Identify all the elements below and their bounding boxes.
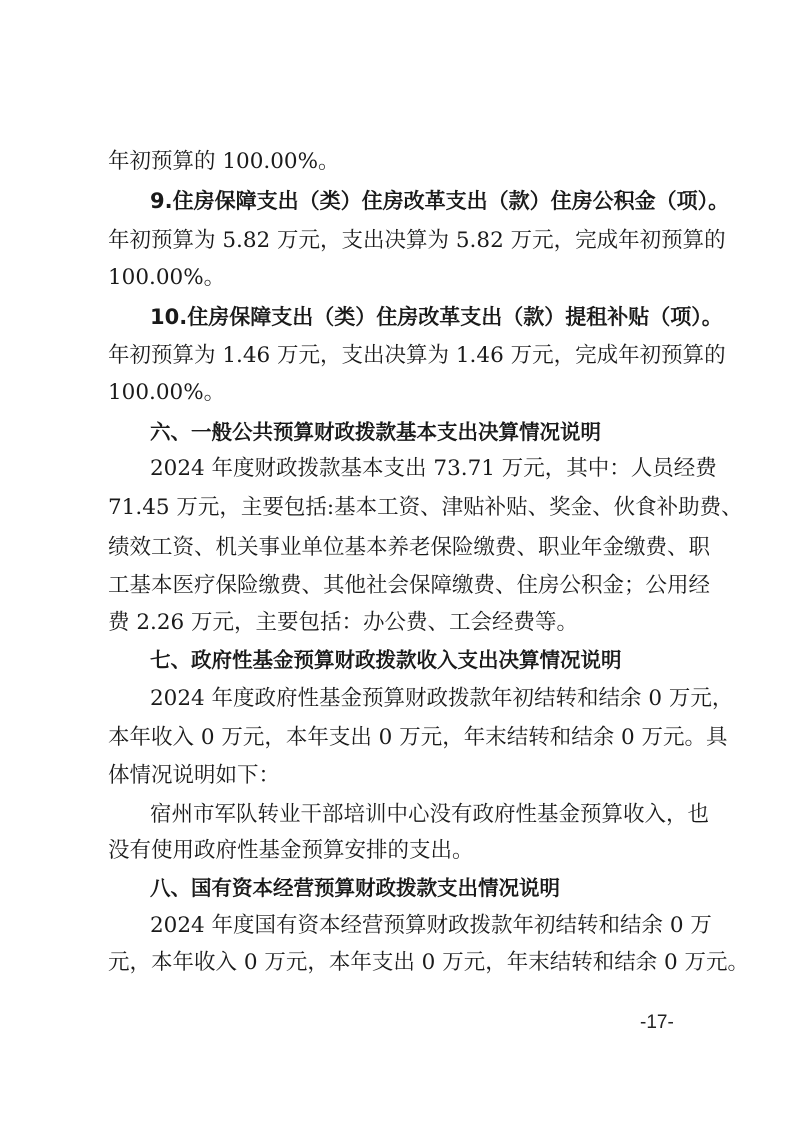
page-number: -17- bbox=[640, 1012, 674, 1034]
body-text-line: 体情况说明如下： bbox=[108, 764, 692, 788]
body-text-line: 绩效工资、机关事业单位基本养老保险缴费、职业年金缴费、职 bbox=[108, 536, 692, 560]
body-text-line: 工基本医疗保险缴费、其他社会保障缴费、住房公积金；公用经 bbox=[108, 574, 692, 598]
body-text-line: 100.00%。 bbox=[108, 381, 692, 405]
body-text-line: 2024 年度国有资本经营预算财政拨款年初结转和结余 0 万 bbox=[150, 914, 692, 938]
body-text-line: 没有使用政府性基金预算安排的支出。 bbox=[108, 839, 692, 863]
body-text-line: 年初预算为 1.46 万元，支出决算为 1.46 万元，完成年初预算的 bbox=[108, 344, 692, 368]
body-text-line: 本年收入 0 万元，本年支出 0 万元，年末结转和结余 0 万元。具 bbox=[108, 726, 692, 750]
body-text-line: 100.00%。 bbox=[108, 266, 692, 290]
body-text-line: 71.45 万元，主要包括:基本工资、津贴补贴、奖金、伙食补助费、 bbox=[108, 496, 692, 520]
subsection-heading-9: 9.住房保障支出（类）住房改革支出（款）住房公积金（项）。 bbox=[150, 189, 692, 213]
body-text-line: 年初预算为 5.82 万元，支出决算为 5.82 万元，完成年初预算的 bbox=[108, 229, 692, 253]
body-text-line: 费 2.26 万元，主要包括：办公费、工会经费等。 bbox=[108, 611, 692, 635]
body-text-line: 宿州市军队转业干部培训中心没有政府性基金预算收入，也 bbox=[150, 803, 692, 827]
body-text-line: 2024 年度政府性基金预算财政拨款年初结转和结余 0 万元， bbox=[150, 687, 692, 711]
body-text-line: 2024 年度财政拨款基本支出 73.71 万元，其中：人员经费 bbox=[150, 457, 692, 481]
section-heading-7: 七、政府性基金预算财政拨款收入支出决算情况说明 bbox=[150, 648, 692, 672]
subsection-heading-10: 10.住房保障支出（类）住房改革支出（款）提租补贴（项）。 bbox=[150, 305, 692, 329]
body-text-line: 元，本年收入 0 万元，本年支出 0 万元，年末结转和结余 0 万元。 bbox=[108, 951, 692, 975]
section-heading-6: 六、一般公共预算财政拨款基本支出决算情况说明 bbox=[150, 420, 692, 444]
section-heading-8: 八、国有资本经营预算财政拨款支出情况说明 bbox=[150, 876, 692, 900]
body-text-line: 年初预算的 100.00%。 bbox=[108, 150, 692, 174]
